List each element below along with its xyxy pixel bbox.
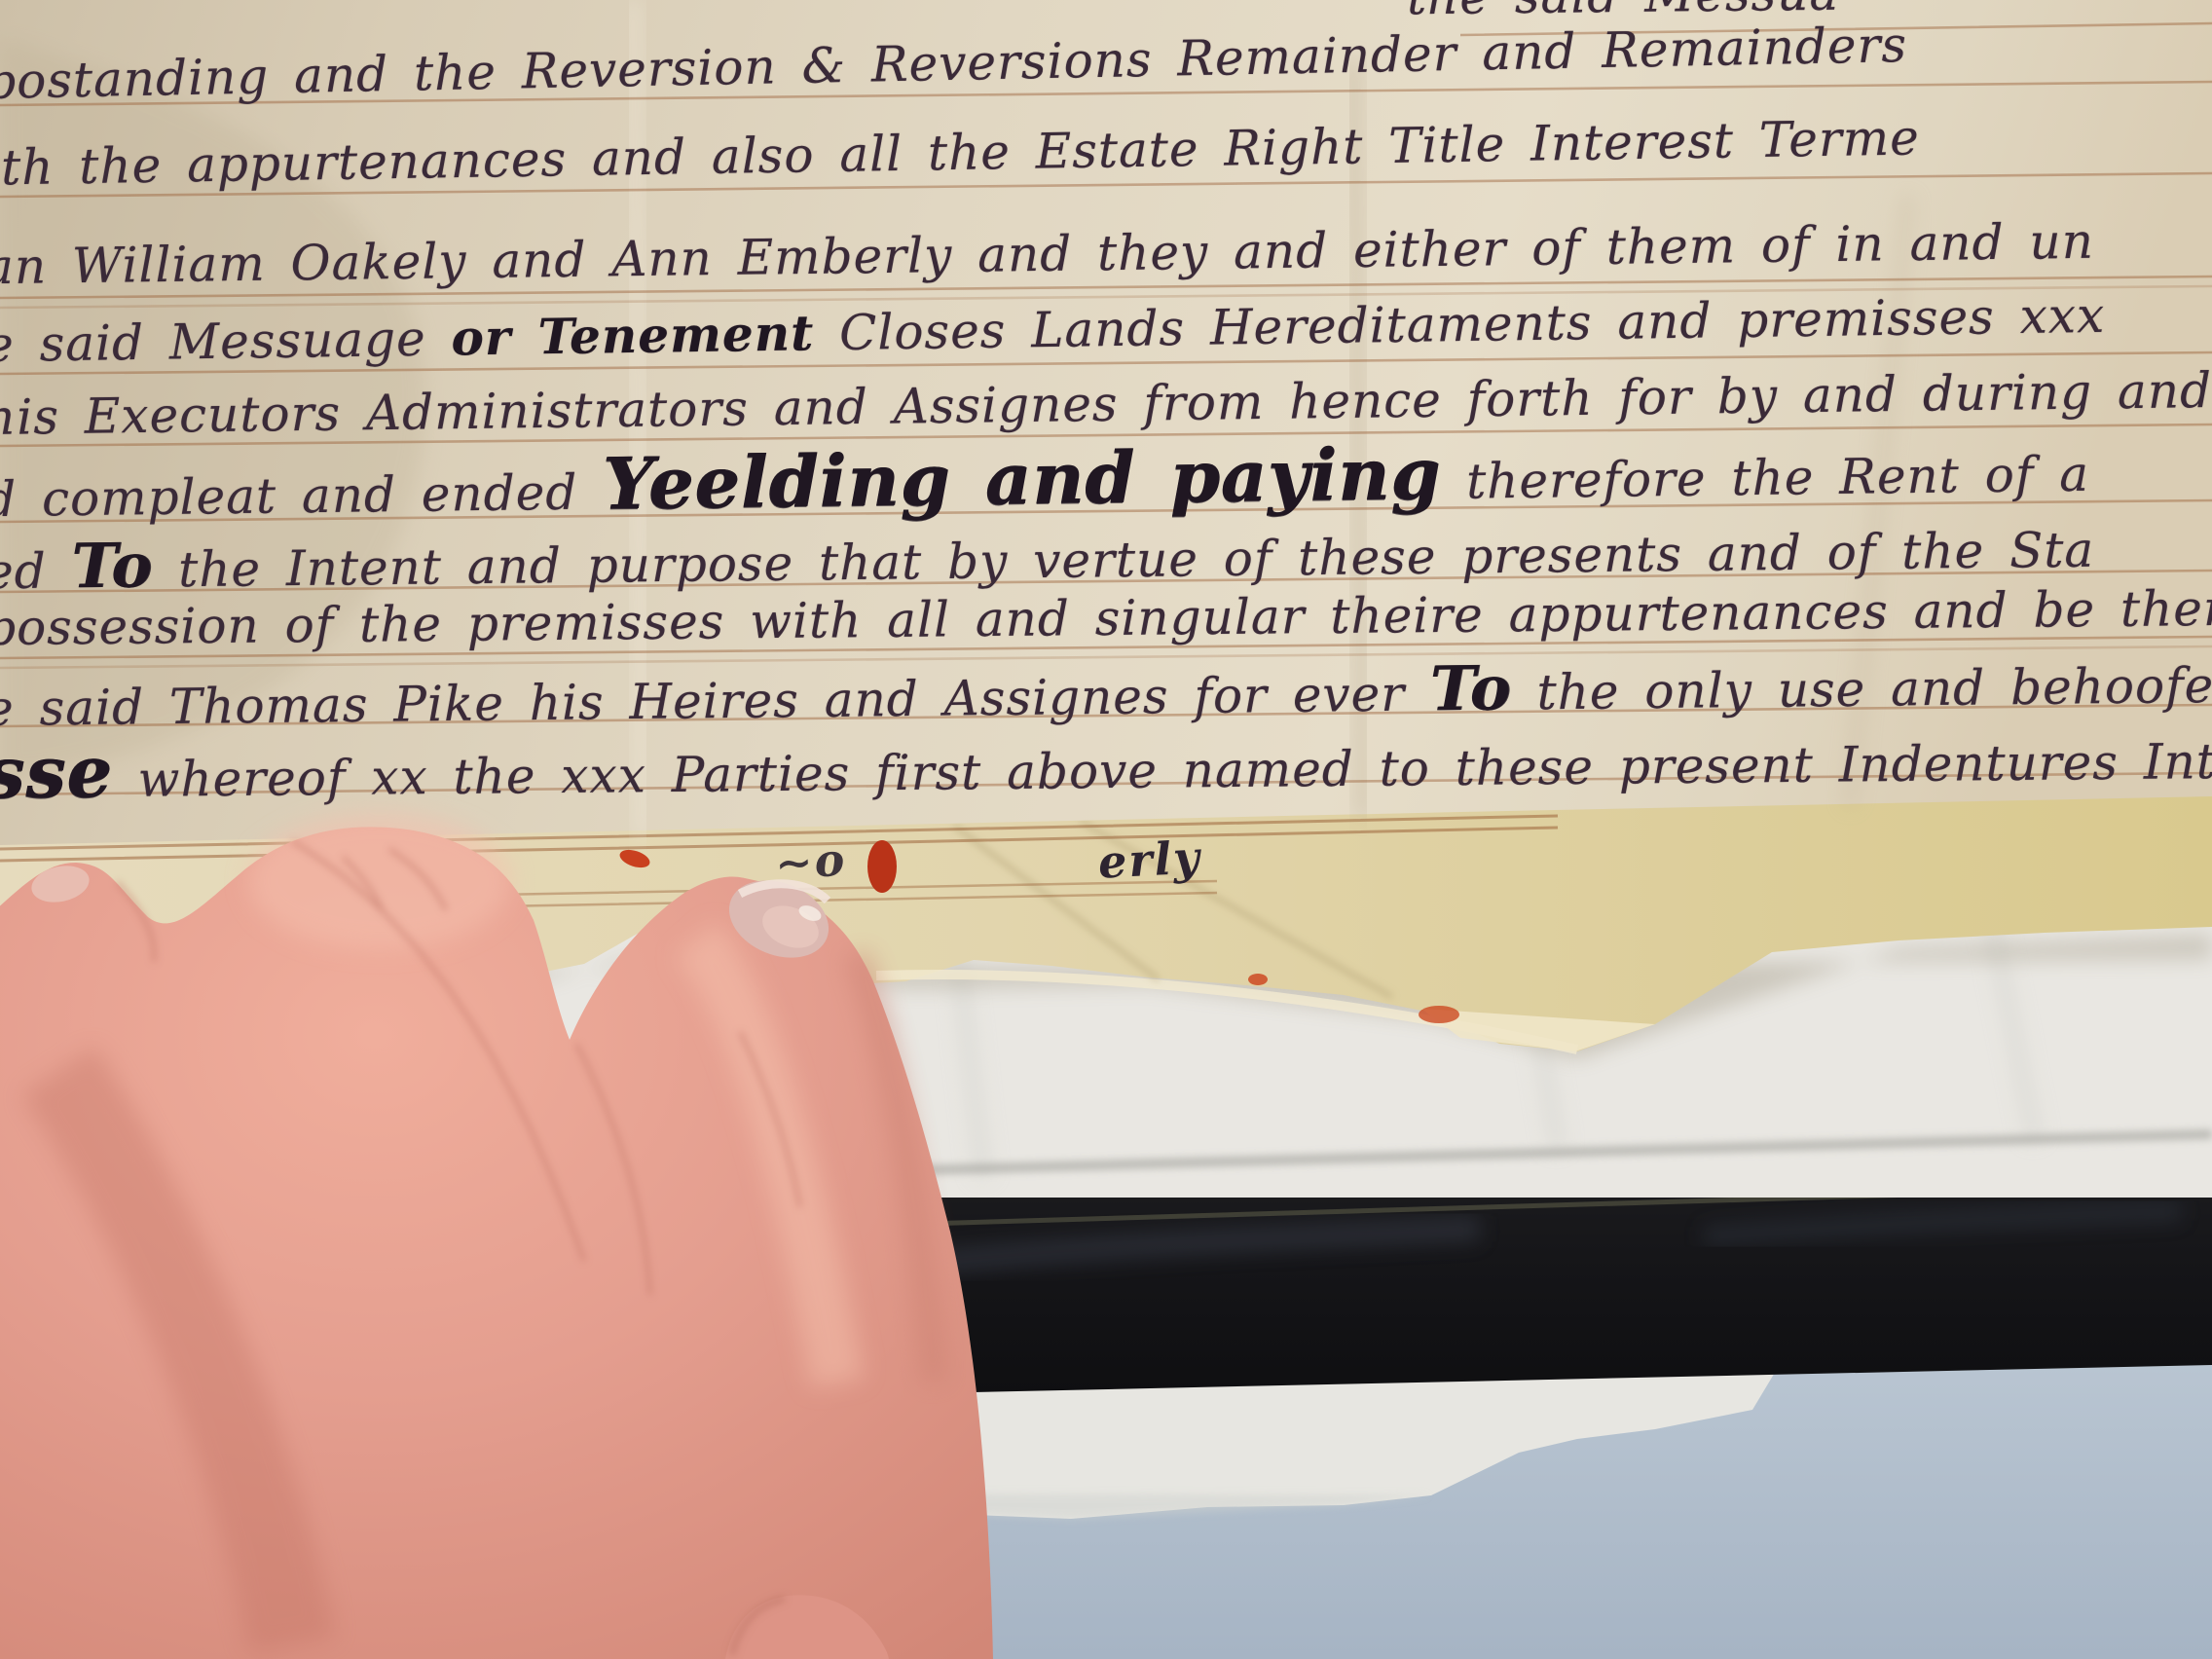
knuckle-highlight — [248, 813, 511, 949]
photo-scene: the said Messuapostanding and the Revers… — [0, 0, 2212, 1659]
pointing-hand — [0, 0, 2212, 1659]
